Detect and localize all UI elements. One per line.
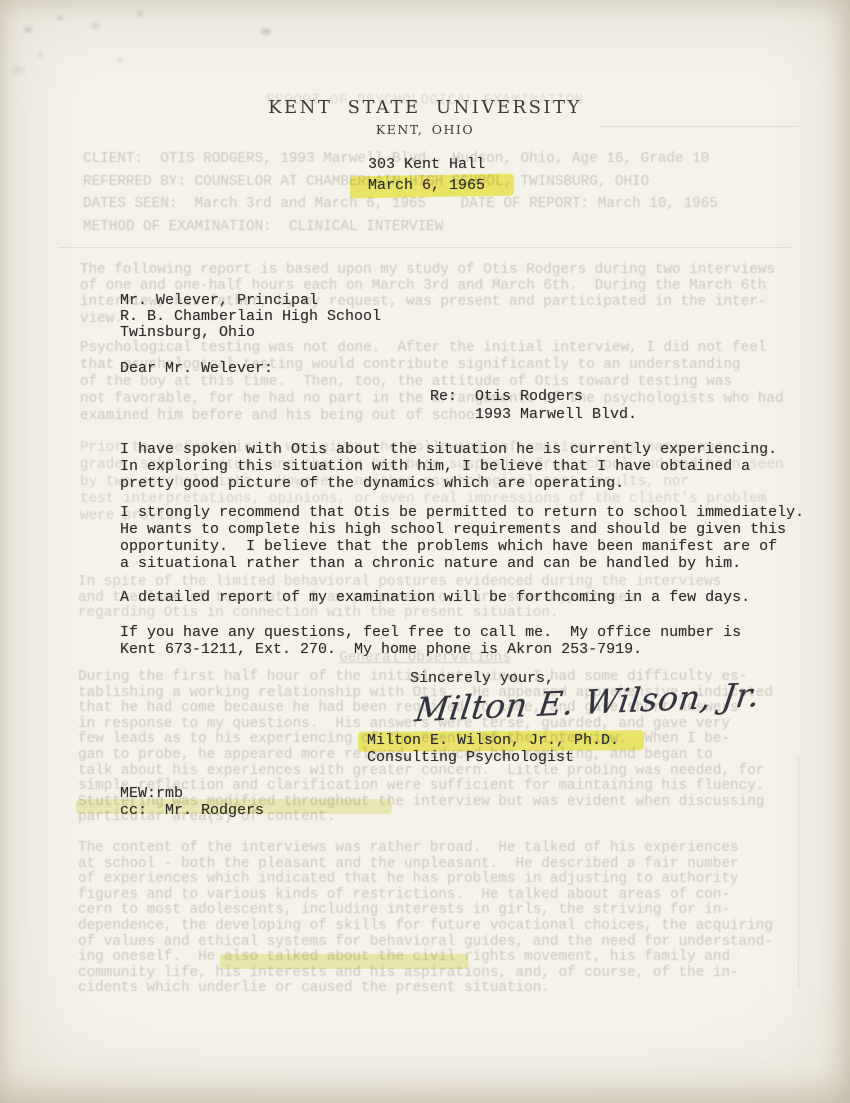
letterhead-city: KENT, OHIO bbox=[0, 122, 850, 137]
letterhead-university: KENT STATE UNIVERSITY bbox=[0, 97, 850, 118]
body-paragraph-4: If you have any questions, feel free to … bbox=[120, 624, 741, 658]
recipient-address: Mr. Welever, Principal R. B. Chamberlain… bbox=[120, 293, 381, 342]
sender-address-line: 303 Kent Hall bbox=[368, 156, 485, 173]
salutation: Dear Mr. Welever: bbox=[120, 360, 273, 377]
body-paragraph-2: I strongly recommend that Otis be permit… bbox=[120, 504, 804, 572]
corner-smudge-artifact bbox=[0, 0, 230, 95]
body-paragraph-1: I have spoken with Otis about the situat… bbox=[120, 441, 777, 492]
signed-title: Consulting Psychologist bbox=[367, 749, 574, 766]
re-block: Re: Otis Rodgers 1993 Marwell Blvd. bbox=[430, 388, 637, 423]
cc-line: cc: Mr. Rodgers bbox=[120, 802, 264, 819]
crease-line-artifact bbox=[58, 247, 793, 248]
bleedthrough-content-paragraph: The content of the interviews was rather… bbox=[78, 841, 773, 997]
signed-name: Milton E. Wilson, Jr., Ph.D. bbox=[367, 732, 619, 749]
reference-initials: MEW:rmb bbox=[120, 785, 183, 802]
body-paragraph-3: A detailed report of my examination will… bbox=[120, 589, 750, 606]
pencil-mark-artifact bbox=[258, 26, 274, 37]
date-line: March 6, 1965 bbox=[368, 177, 485, 194]
letter-document: REPORT OF PSYCHOLOGICAL EXAMINATION CLIE… bbox=[0, 0, 850, 1103]
bleedthrough-page-edge bbox=[798, 756, 799, 988]
